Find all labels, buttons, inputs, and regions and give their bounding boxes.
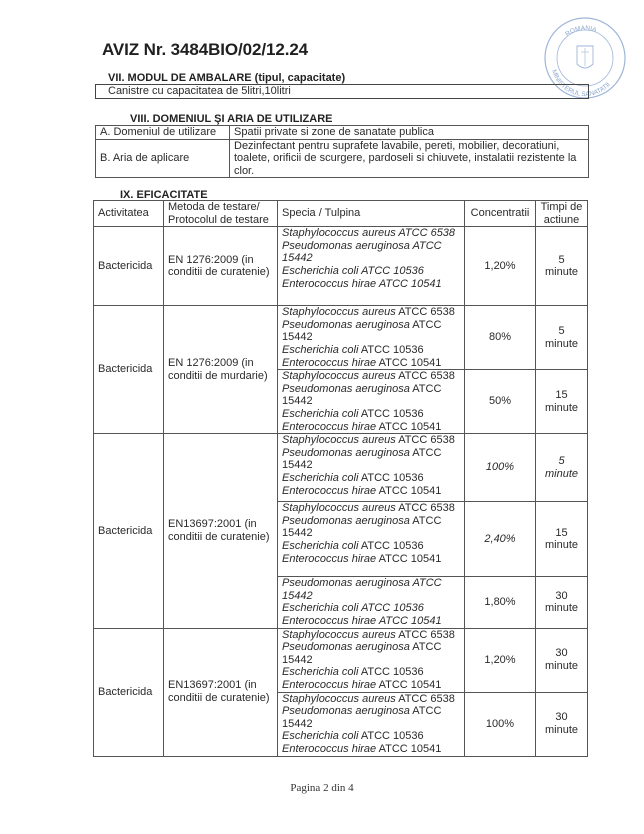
- species-line: Staphylococcus aureus ATCC 6538: [282, 370, 460, 383]
- species-name: Staphylococcus aureus: [282, 502, 396, 514]
- strain-code: ATCC 6538: [398, 227, 455, 239]
- table-row: BactericidaEN13697:2001 (in conditii de …: [94, 628, 588, 692]
- application-area-label: B. Aria de aplicare: [96, 139, 230, 178]
- species-line: Pseudomonas aeruginosa ATCC 15442: [282, 641, 460, 666]
- table-header-row: Activitatea Metoda de testare/ Protocolu…: [94, 201, 588, 227]
- species-cell: Pseudomonas aeruginosa ATCC 15442Escheri…: [278, 577, 465, 628]
- species-line: Pseudomonas aeruginosa ATCC 15442: [282, 240, 460, 265]
- species-line: Enterococcus hirae ATCC 10541: [282, 278, 460, 291]
- species-name: Pseudomonas aeruginosa: [282, 447, 410, 459]
- species-name: Escherichia coli: [282, 730, 358, 742]
- species-name: Staphylococcus aureus: [282, 227, 396, 239]
- species-name: Escherichia coli: [282, 472, 358, 484]
- usage-domain-table: A. Domeniul de utilizare Spatii private …: [95, 125, 589, 178]
- activity-cell: Bactericida: [94, 434, 164, 628]
- table-row: BactericidaEN 1276:2009 (in conditii de …: [94, 227, 588, 306]
- species-name: Enterococcus hirae: [282, 357, 376, 369]
- species-name: Pseudomonas aeruginosa: [282, 319, 410, 331]
- species-name: Enterococcus hirae: [282, 553, 376, 565]
- species-line: Escherichia coli ATCC 10536: [282, 730, 460, 743]
- strain-code: ATCC 10541: [379, 278, 442, 290]
- column-header-species: Specia / Tulpina: [278, 201, 465, 227]
- species-name: Enterococcus hirae: [282, 485, 376, 497]
- strain-code: ATCC 10536: [361, 666, 424, 678]
- species-line: Enterococcus hirae ATCC 10541: [282, 421, 460, 434]
- table-row: B. Aria de aplicare Dezinfectant pentru …: [96, 139, 589, 178]
- column-header-time: Timpi de actiune: [536, 201, 588, 227]
- species-cell: Staphylococcus aureus ATCC 6538Pseudomon…: [278, 628, 465, 692]
- species-line: Pseudomonas aeruginosa ATCC 15442: [282, 447, 460, 472]
- strain-code: ATCC 10536: [361, 540, 424, 552]
- test-method-cell: EN13697:2001 (in conditii de curatenie): [164, 628, 278, 756]
- species-cell: Staphylococcus aureus ATCC 6538Pseudomon…: [278, 502, 465, 577]
- document-title: AVIZ Nr. 3484BIO/02/12.24: [102, 40, 308, 60]
- species-line: Escherichia coli ATCC 10536: [282, 666, 460, 679]
- strain-code: ATCC 10541: [379, 679, 442, 691]
- species-line: Staphylococcus aureus ATCC 6538: [282, 306, 460, 319]
- species-line: Escherichia coli ATCC 10536: [282, 344, 460, 357]
- activity-cell: Bactericida: [94, 306, 164, 434]
- usage-domain-label: A. Domeniul de utilizare: [96, 126, 230, 140]
- strain-code: ATCC 6538: [398, 693, 455, 705]
- strain-code: ATCC 10536: [361, 730, 424, 742]
- species-name: Pseudomonas aeruginosa: [282, 515, 410, 527]
- species-line: Enterococcus hirae ATCC 10541: [282, 485, 460, 498]
- strain-code: ATCC 10536: [361, 408, 424, 420]
- species-line: Staphylococcus aureus ATCC 6538: [282, 434, 460, 447]
- usage-domain-value: Spatii private si zone de sanatate publi…: [230, 126, 589, 140]
- species-line: Staphylococcus aureus ATCC 6538: [282, 629, 460, 642]
- species-name: Escherichia coli: [282, 408, 358, 420]
- species-name: Escherichia coli: [282, 540, 358, 552]
- strain-code: ATCC 10541: [379, 357, 442, 369]
- species-line: Pseudomonas aeruginosa ATCC 15442: [282, 515, 460, 540]
- species-line: Staphylococcus aureus ATCC 6538: [282, 227, 460, 240]
- species-line: Pseudomonas aeruginosa ATCC 15442: [282, 705, 460, 730]
- concentration-cell: 1,20%: [465, 227, 536, 306]
- concentration-cell: 1,20%: [465, 628, 536, 692]
- species-name: Enterococcus hirae: [282, 278, 376, 290]
- concentration-cell: 100%: [465, 692, 536, 756]
- species-name: Staphylococcus aureus: [282, 306, 396, 318]
- species-line: Pseudomonas aeruginosa ATCC 15442: [282, 577, 460, 602]
- species-name: Staphylococcus aureus: [282, 370, 396, 382]
- species-cell: Staphylococcus aureus ATCC 6538Pseudomon…: [278, 306, 465, 370]
- strain-code: ATCC 6538: [398, 370, 455, 382]
- strain-code: ATCC 10536: [361, 265, 424, 277]
- species-line: Staphylococcus aureus ATCC 6538: [282, 502, 460, 515]
- strain-code: ATCC 10536: [361, 472, 424, 484]
- contact-time-cell: 30 minute: [536, 577, 588, 628]
- species-line: Enterococcus hirae ATCC 10541: [282, 553, 460, 566]
- test-method-cell: EN 1276:2009 (in conditii de murdarie): [164, 306, 278, 434]
- species-name: Pseudomonas aeruginosa: [282, 240, 410, 252]
- contact-time-cell: 15 minute: [536, 370, 588, 434]
- species-line: Escherichia coli ATCC 10536: [282, 602, 460, 615]
- activity-cell: Bactericida: [94, 227, 164, 306]
- contact-time-cell: 5 minute: [536, 434, 588, 502]
- test-method-cell: EN13697:2001 (in conditii de curatenie): [164, 434, 278, 628]
- species-name: Escherichia coli: [282, 602, 358, 614]
- contact-time-cell: 5 minute: [536, 306, 588, 370]
- packaging-value: Canistre cu capacitatea de 5litri,10litr…: [95, 84, 589, 99]
- species-line: Escherichia coli ATCC 10536: [282, 540, 460, 553]
- strain-code: ATCC 10541: [379, 615, 442, 627]
- contact-time-cell: 5 minute: [536, 227, 588, 306]
- species-name: Enterococcus hirae: [282, 679, 376, 691]
- species-line: Pseudomonas aeruginosa ATCC 15442: [282, 319, 460, 344]
- species-line: Enterococcus hirae ATCC 10541: [282, 615, 460, 628]
- strain-code: ATCC 10536: [361, 344, 424, 356]
- concentration-cell: 80%: [465, 306, 536, 370]
- table-row: A. Domeniul de utilizare Spatii private …: [96, 126, 589, 140]
- table-row: BactericidaEN13697:2001 (in conditii de …: [94, 434, 588, 502]
- section-7-heading: VII. MODUL DE AMBALARE (tipul, capacitat…: [108, 72, 345, 84]
- application-area-value: Dezinfectant pentru suprafete lavabile, …: [230, 139, 589, 178]
- species-cell: Staphylococcus aureus ATCC 6538Pseudomon…: [278, 692, 465, 756]
- species-name: Enterococcus hirae: [282, 421, 376, 433]
- species-name: Escherichia coli: [282, 666, 358, 678]
- species-line: Staphylococcus aureus ATCC 6538: [282, 693, 460, 706]
- strain-code: ATCC 6538: [398, 434, 455, 446]
- column-header-method: Metoda de testare/ Protocolul de testare: [164, 201, 278, 227]
- species-line: Escherichia coli ATCC 10536: [282, 408, 460, 421]
- strain-code: ATCC 6538: [398, 502, 455, 514]
- concentration-cell: 2,40%: [465, 502, 536, 577]
- strain-code: ATCC 10541: [379, 553, 442, 565]
- species-name: Pseudomonas aeruginosa: [282, 641, 410, 653]
- column-header-activity: Activitatea: [94, 201, 164, 227]
- concentration-cell: 50%: [465, 370, 536, 434]
- species-name: Pseudomonas aeruginosa: [282, 383, 410, 395]
- activity-cell: Bactericida: [94, 628, 164, 756]
- contact-time-cell: 30 minute: [536, 692, 588, 756]
- concentration-cell: 1,80%: [465, 577, 536, 628]
- species-line: Escherichia coli ATCC 10536: [282, 265, 460, 278]
- stamp-top-text: ROMANIA: [564, 25, 598, 38]
- column-header-concentration: Concentratii: [465, 201, 536, 227]
- species-name: Staphylococcus aureus: [282, 629, 396, 641]
- species-name: Staphylococcus aureus: [282, 434, 396, 446]
- species-name: Escherichia coli: [282, 344, 358, 356]
- strain-code: ATCC 6538: [398, 306, 455, 318]
- strain-code: ATCC 10541: [379, 421, 442, 433]
- species-line: Escherichia coli ATCC 10536: [282, 472, 460, 485]
- species-line: Enterococcus hirae ATCC 10541: [282, 357, 460, 370]
- section-8-heading: VIII. DOMENIUL ŞI ARIA DE UTILIZARE: [130, 113, 333, 125]
- species-name: Enterococcus hirae: [282, 615, 376, 627]
- species-name: Staphylococcus aureus: [282, 693, 396, 705]
- species-cell: Staphylococcus aureus ATCC 6538Pseudomon…: [278, 227, 465, 306]
- concentration-cell: 100%: [465, 434, 536, 502]
- efficacy-table: Activitatea Metoda de testare/ Protocolu…: [93, 200, 588, 757]
- species-name: Pseudomonas aeruginosa: [282, 705, 410, 717]
- species-cell: Staphylococcus aureus ATCC 6538Pseudomon…: [278, 370, 465, 434]
- species-line: Pseudomonas aeruginosa ATCC 15442: [282, 383, 460, 408]
- species-line: Enterococcus hirae ATCC 10541: [282, 679, 460, 692]
- strain-code: ATCC 6538: [398, 629, 455, 641]
- contact-time-cell: 30 minute: [536, 628, 588, 692]
- svg-text:ROMANIA: ROMANIA: [564, 25, 598, 38]
- strain-code: ATCC 10541: [379, 743, 442, 755]
- species-cell: Staphylococcus aureus ATCC 6538Pseudomon…: [278, 434, 465, 502]
- contact-time-cell: 15 minute: [536, 502, 588, 577]
- species-name: Escherichia coli: [282, 265, 358, 277]
- species-name: Enterococcus hirae: [282, 743, 376, 755]
- strain-code: ATCC 10536: [361, 602, 424, 614]
- page-number: Pagina 2 din 4: [0, 782, 644, 794]
- species-line: Enterococcus hirae ATCC 10541: [282, 743, 460, 756]
- strain-code: ATCC 10541: [379, 485, 442, 497]
- test-method-cell: EN 1276:2009 (in conditii de curatenie): [164, 227, 278, 306]
- table-row: BactericidaEN 1276:2009 (in conditii de …: [94, 306, 588, 370]
- species-name: Pseudomonas aeruginosa: [282, 577, 410, 589]
